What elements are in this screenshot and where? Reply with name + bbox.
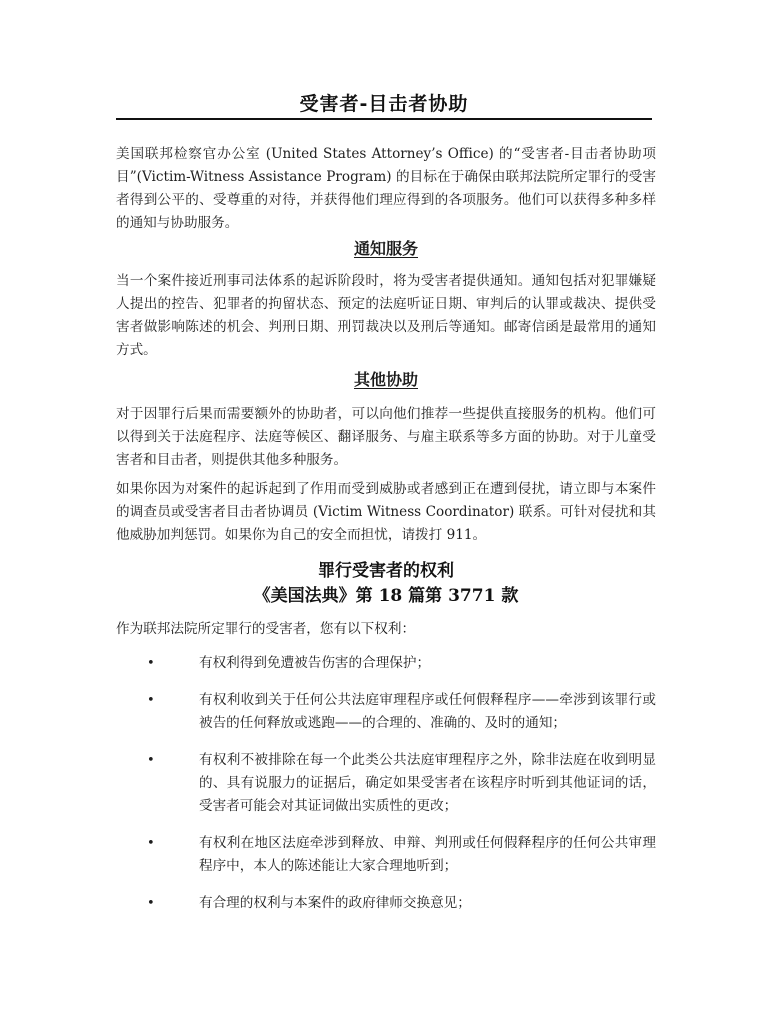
bullet-icon: • <box>147 652 155 675</box>
page-title: 受害者-目击者协助 <box>300 93 469 115</box>
notification-paragraph: 当一个案件接近刑事司法体系的起诉阶段时，将为受害者提供通知。通知包括对犯罪嫌疑人… <box>116 270 656 362</box>
section-heading-notification: 通知服务 <box>116 238 656 260</box>
rights-list-item: • 有权利不被排除在每一个此类公共法庭审理程序之外，除非法庭在收到明显的、具有说… <box>116 749 656 818</box>
rights-list: • 有权利得到免遭被告伤害的合理保护； • 有权利收到关于任何公共法庭审理程序或… <box>116 652 656 915</box>
intro-paragraph: 美国联邦检察官办公室 (United States Attorney’s Off… <box>116 143 656 235</box>
rights-heading-statute: 《美国法典》第 18 篇第 3771 款 <box>116 582 656 610</box>
harassment-paragraph: 如果你因为对案件的起诉起到了作用而受到威胁或者感到正在遭到侵扰，请立即与本案件的… <box>116 478 656 547</box>
title-rule: 受害者-目击者协助 <box>116 92 652 120</box>
bullet-icon: • <box>147 749 155 772</box>
rights-item-text: 有权利得到免遭被告伤害的合理保护； <box>199 655 430 671</box>
rights-list-item: • 有权利在地区法庭牵涉到释放、申辩、判刑或任何假释程序的任何公共审理程序中，本… <box>116 832 656 878</box>
bullet-icon: • <box>147 892 155 915</box>
rights-lead: 作为联邦法院所定罪行的受害者，您有以下权利： <box>116 618 656 641</box>
rights-item-text: 有权利收到关于任何公共法庭审理程序或任何假释程序——牵涉到该罪行或被告的任何释放… <box>199 692 656 731</box>
section-heading-notification-text: 通知服务 <box>354 239 418 258</box>
document-page: 受害者-目击者协助 美国联邦检察官办公室 (United States Atto… <box>0 0 770 1024</box>
rights-list-item: • 有权利得到免遭被告伤害的合理保护； <box>116 652 656 675</box>
section-heading-other-assistance: 其他协助 <box>116 369 656 391</box>
rights-item-text: 有权利不被排除在每一个此类公共法庭审理程序之外，除非法庭在收到明显的、具有说服力… <box>199 752 656 814</box>
other-assistance-paragraph: 对于因罪行后果而需要额外的协助者，可以向他们推荐一些提供直接服务的机构。他们可以… <box>116 403 656 472</box>
bullet-icon: • <box>147 689 155 712</box>
bullet-icon: • <box>147 832 155 855</box>
section-heading-other-assistance-text: 其他协助 <box>354 370 418 389</box>
rights-item-text: 有合理的权利与本案件的政府律师交换意见； <box>199 895 471 911</box>
rights-list-item: • 有合理的权利与本案件的政府律师交换意见； <box>116 892 656 915</box>
rights-heading-title: 罪行受害者的权利 <box>116 557 656 585</box>
rights-list-item: • 有权利收到关于任何公共法庭审理程序或任何假释程序——牵涉到该罪行或被告的任何… <box>116 689 656 735</box>
rights-item-text: 有权利在地区法庭牵涉到释放、申辩、判刑或任何假释程序的任何公共审理程序中，本人的… <box>199 835 656 874</box>
